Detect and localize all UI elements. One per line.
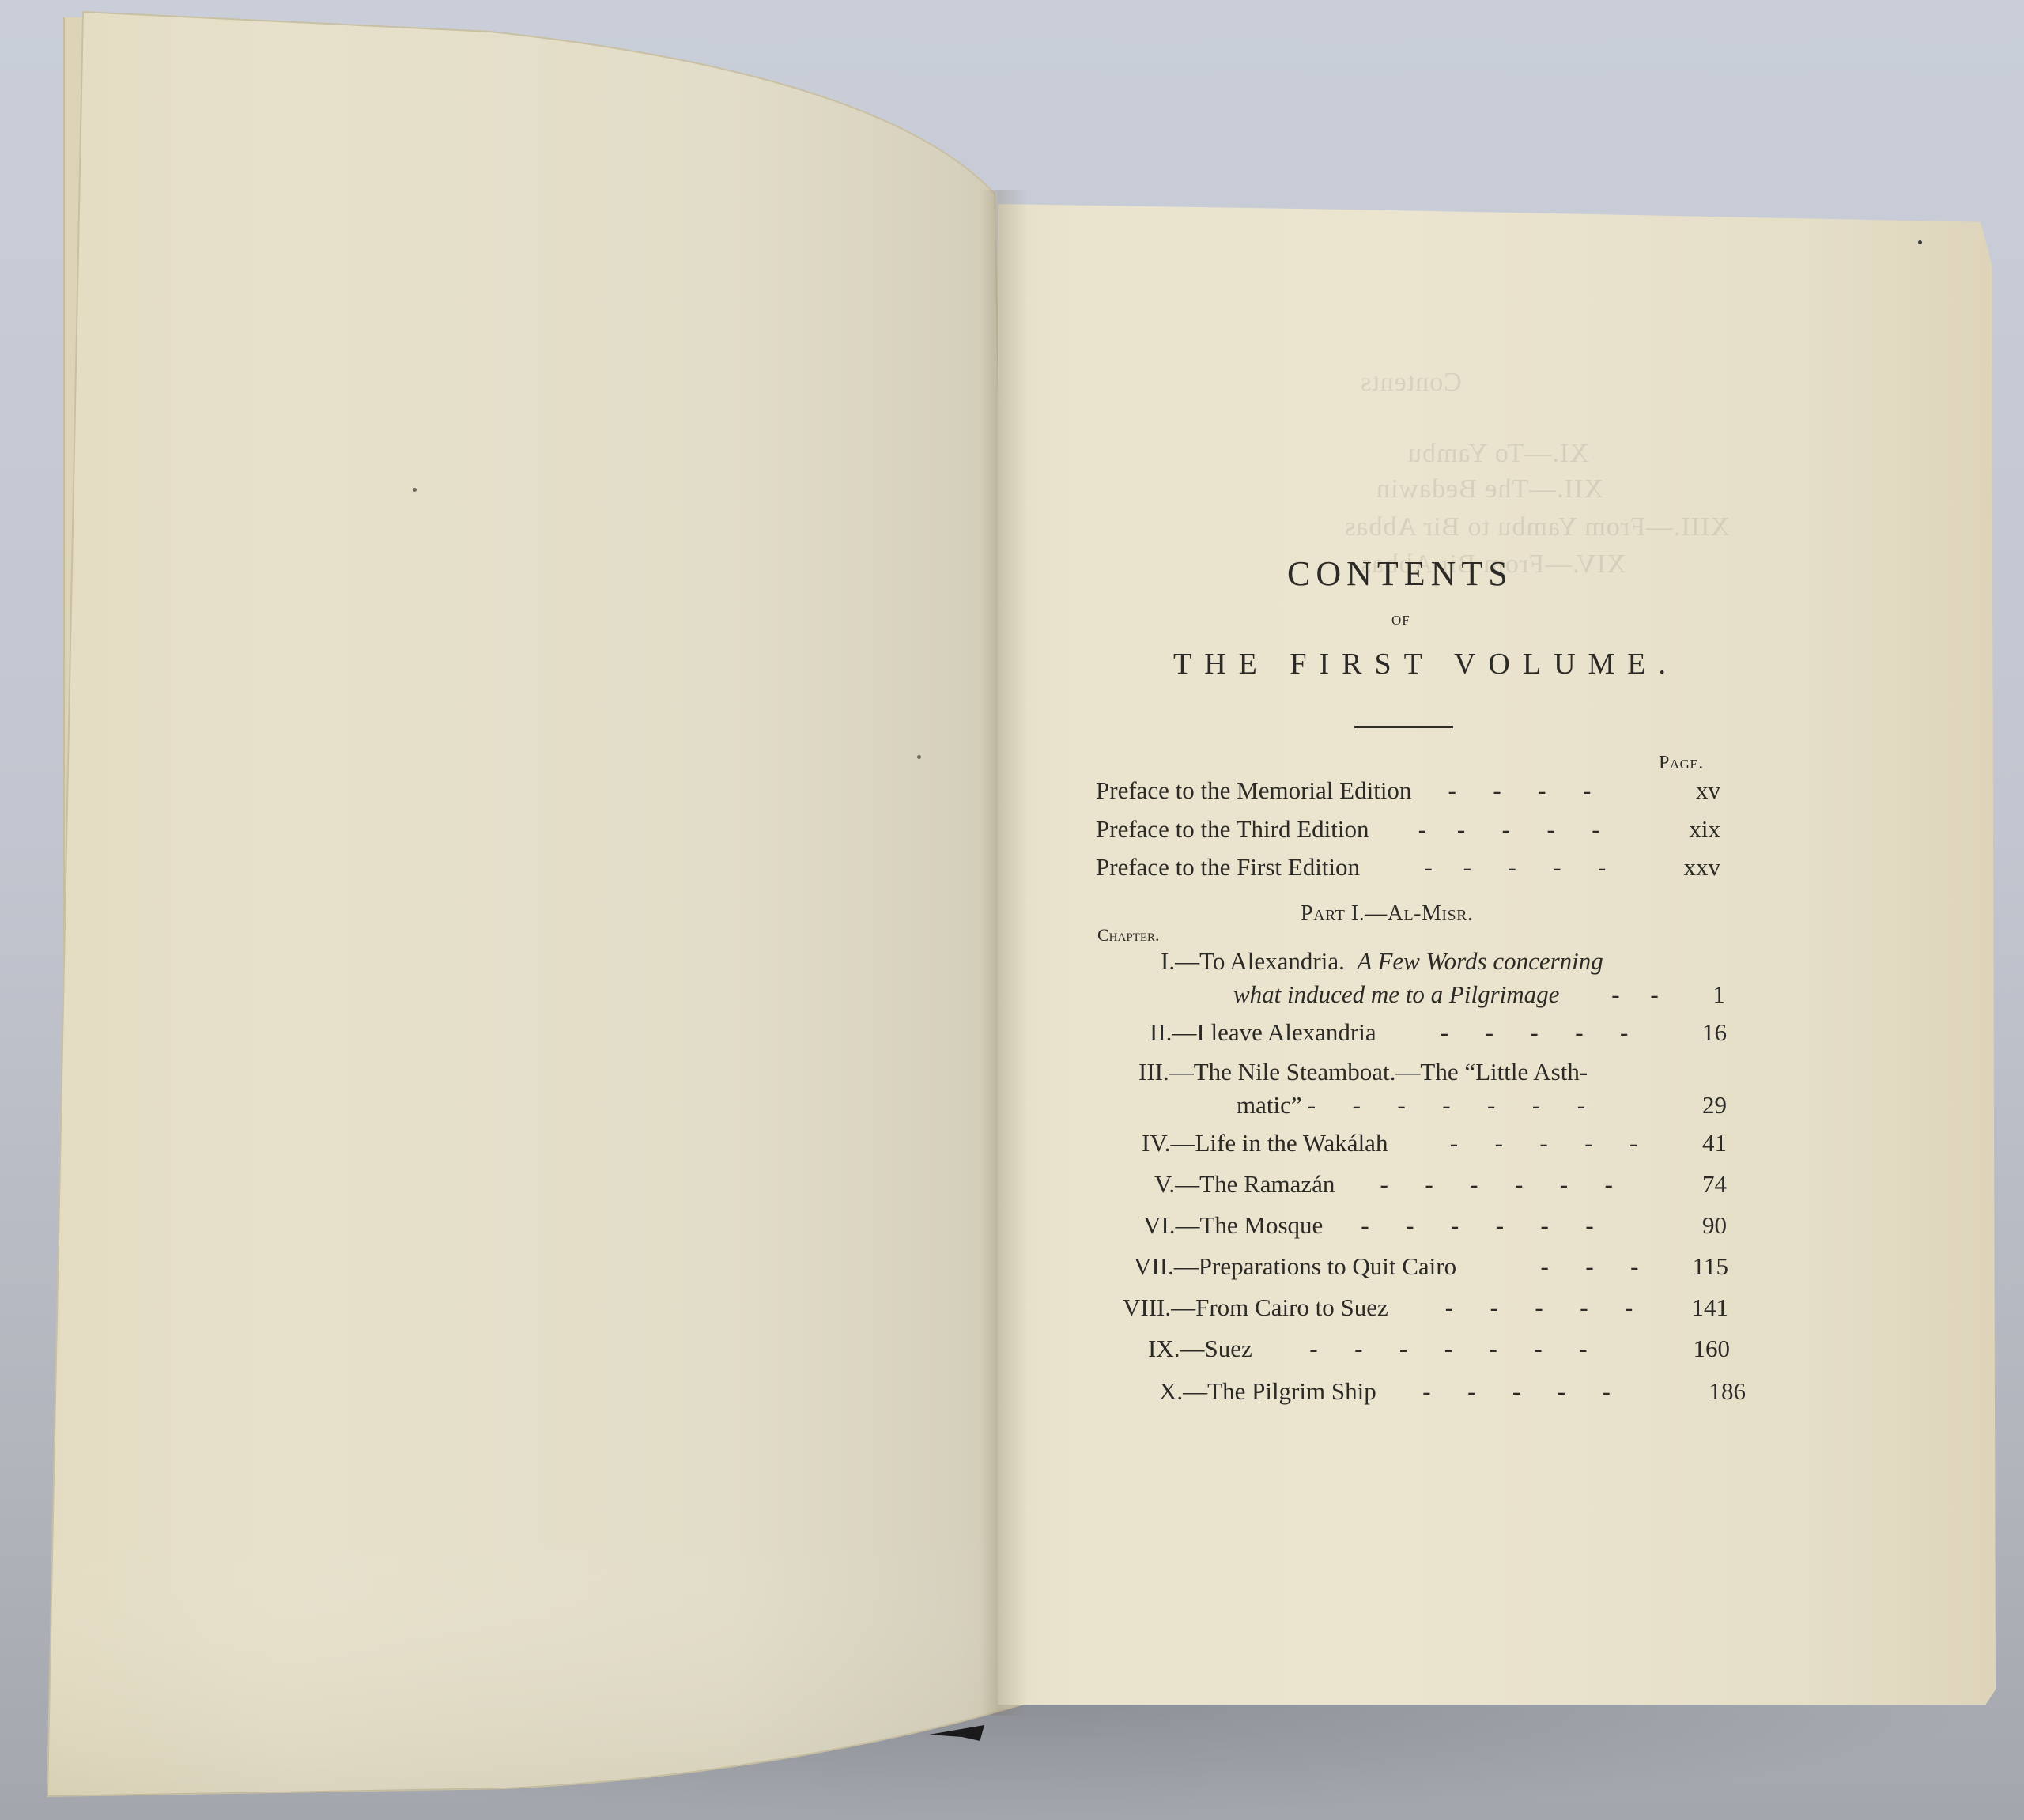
dot-leader: - - - - - (1434, 1018, 1641, 1047)
toc-entry-chapter-9[interactable]: IX.—Suez - - - - - - - 160 (1148, 1335, 1730, 1369)
chapter-numeral: V. (1154, 1170, 1175, 1198)
toc-page-number: 1 (1713, 980, 1726, 1009)
chapter-title: —The Ramazán (1175, 1170, 1335, 1198)
chapter-title: —From Cairo to Suez (1171, 1293, 1388, 1321)
chapter-title: —To Alexandria. (1175, 947, 1345, 975)
chapter-numeral: X. (1159, 1377, 1183, 1405)
dot-leader: - - - - (1436, 776, 1603, 805)
show-through-text: XI.—To Yambu (1407, 439, 1589, 469)
chapter-title: —I leave Alexandria (1172, 1018, 1376, 1046)
contents-of: OF (1391, 613, 1410, 629)
toc-entry-label: Preface to the First Edition (1096, 853, 1360, 882)
toc-page-number: xxv (1684, 853, 1721, 882)
chapter-title: —Suez (1180, 1335, 1252, 1362)
toc-entry-preface-third[interactable]: Preface to the Third Edition - - - - - x… (1096, 815, 1720, 850)
dot-leader: - - - - - (1412, 853, 1618, 882)
paper-speck (413, 488, 417, 492)
toc-entry-preface-first[interactable]: Preface to the First Edition - - - - - x… (1096, 853, 1720, 888)
toc-page-number: xix (1689, 815, 1720, 844)
show-through-text: XIII.—From Yambu to Bir Abbas (1344, 512, 1730, 542)
chapter-continuation: what induced me to a Pilgrimage (1233, 980, 1559, 1009)
toc-entry-chapter-1[interactable]: I.—To Alexandria. A Few Words concerning (1161, 947, 1603, 982)
contents-title: CONTENTS (1287, 553, 1513, 594)
dot-leader: - - - - - - (1342, 1211, 1606, 1240)
chapter-subtitle: A Few Words concerning (1357, 947, 1603, 975)
chapter-title: —The Mosque (1175, 1211, 1323, 1239)
dot-leader: - - - - - (1404, 1377, 1622, 1406)
chapter-numeral: III. (1138, 1058, 1169, 1086)
toc-entry-chapter-3-continuation[interactable]: matic” - - - - - - - 29 (1237, 1091, 1727, 1126)
toc-entry-chapter-6[interactable]: VI.—The Mosque - - - - - - 90 (1143, 1211, 1727, 1246)
part-heading: Part I.—Al-Misr. (1301, 901, 1473, 927)
chapter-numeral: I. (1161, 947, 1175, 975)
page-column-header: Page. (1659, 753, 1704, 774)
toc-page-number: 115 (1693, 1252, 1728, 1281)
toc-entry-chapter-8[interactable]: VIII.—From Cairo to Suez - - - - - 141 (1123, 1293, 1728, 1328)
chapter-continuation: matic” (1237, 1091, 1302, 1120)
toc-page-number: 90 (1702, 1211, 1727, 1240)
chapter-numeral: VI. (1143, 1211, 1175, 1239)
toc-entry-chapter-10[interactable]: X.—The Pilgrim Ship - - - - - 186 (1159, 1377, 1746, 1412)
paper-speck (917, 755, 921, 759)
toc-entry-chapter-1-continuation[interactable]: what induced me to a Pilgrimage - - 1 (1233, 980, 1725, 1015)
toc-page-number: 29 (1702, 1091, 1727, 1120)
show-through-text: XII.—The Bedawin (1376, 474, 1603, 504)
chapter-numeral: IV. (1142, 1129, 1170, 1157)
title-rule (1354, 726, 1453, 728)
toc-page-number: 186 (1709, 1377, 1746, 1406)
chapter-numeral: IX. (1148, 1335, 1180, 1362)
chapter-numeral: II. (1150, 1018, 1172, 1046)
dot-leader: - - - - - (1444, 1129, 1650, 1157)
dot-leader: - - - - - (1439, 1293, 1645, 1322)
chapter-title: —Life in the Wakálah (1170, 1129, 1388, 1157)
toc-entry-chapter-7[interactable]: VII.—Preparations to Quit Cairo - - - 11… (1134, 1252, 1728, 1287)
toc-page-number: xv (1696, 776, 1720, 805)
chapter-title: —The Pilgrim Ship (1183, 1377, 1376, 1405)
chapter-title: —Preparations to Quit Cairo (1174, 1252, 1456, 1280)
dust-speck (1918, 240, 1922, 244)
dot-leader: - - - - - (1412, 815, 1612, 844)
toc-entry-chapter-2[interactable]: II.—I leave Alexandria - - - - - 16 (1150, 1018, 1727, 1053)
dot-leader: - - - - - - - (1301, 1091, 1598, 1120)
chapter-numeral: VII. (1134, 1252, 1174, 1280)
chapter-title: —The Nile Steamboat.—The “Little Asth- (1169, 1058, 1588, 1086)
chapter-numeral: VIII. (1123, 1293, 1171, 1321)
toc-entry-label: Preface to the Memorial Edition (1096, 776, 1411, 805)
toc-entry-chapter-3[interactable]: III.—The Nile Steamboat.—The “Little Ast… (1138, 1058, 1588, 1093)
toc-entry-chapter-5[interactable]: V.—The Ramazán - - - - - - 74 (1154, 1170, 1727, 1205)
toc-entry-preface-memorial[interactable]: Preface to the Memorial Edition - - - - … (1096, 776, 1720, 811)
chapter-column-header: Chapter. (1097, 925, 1160, 946)
dot-leader: - - - - - - (1368, 1170, 1625, 1199)
gutter-shadow (980, 190, 1028, 1716)
left-page (0, 0, 1028, 1820)
toc-page-number: 16 (1702, 1018, 1727, 1047)
toc-entry-label: Preface to the Third Edition (1096, 815, 1369, 844)
toc-page-number: 74 (1702, 1170, 1727, 1199)
toc-entry-chapter-4[interactable]: IV.—Life in the Wakálah - - - - - 41 (1142, 1129, 1727, 1164)
toc-page-number: 41 (1702, 1129, 1727, 1157)
dot-leader: - - - (1504, 1252, 1651, 1281)
dot-leader: - - - - - - - (1267, 1335, 1599, 1363)
dot-leader: - - (1593, 980, 1671, 1009)
left-page-shape (0, 0, 1028, 1820)
volume-title: THE FIRST VOLUME. (1173, 647, 1678, 682)
toc-page-number: 141 (1692, 1293, 1729, 1322)
show-through-text: Contents (1360, 368, 1462, 398)
toc-page-number: 160 (1694, 1335, 1731, 1363)
